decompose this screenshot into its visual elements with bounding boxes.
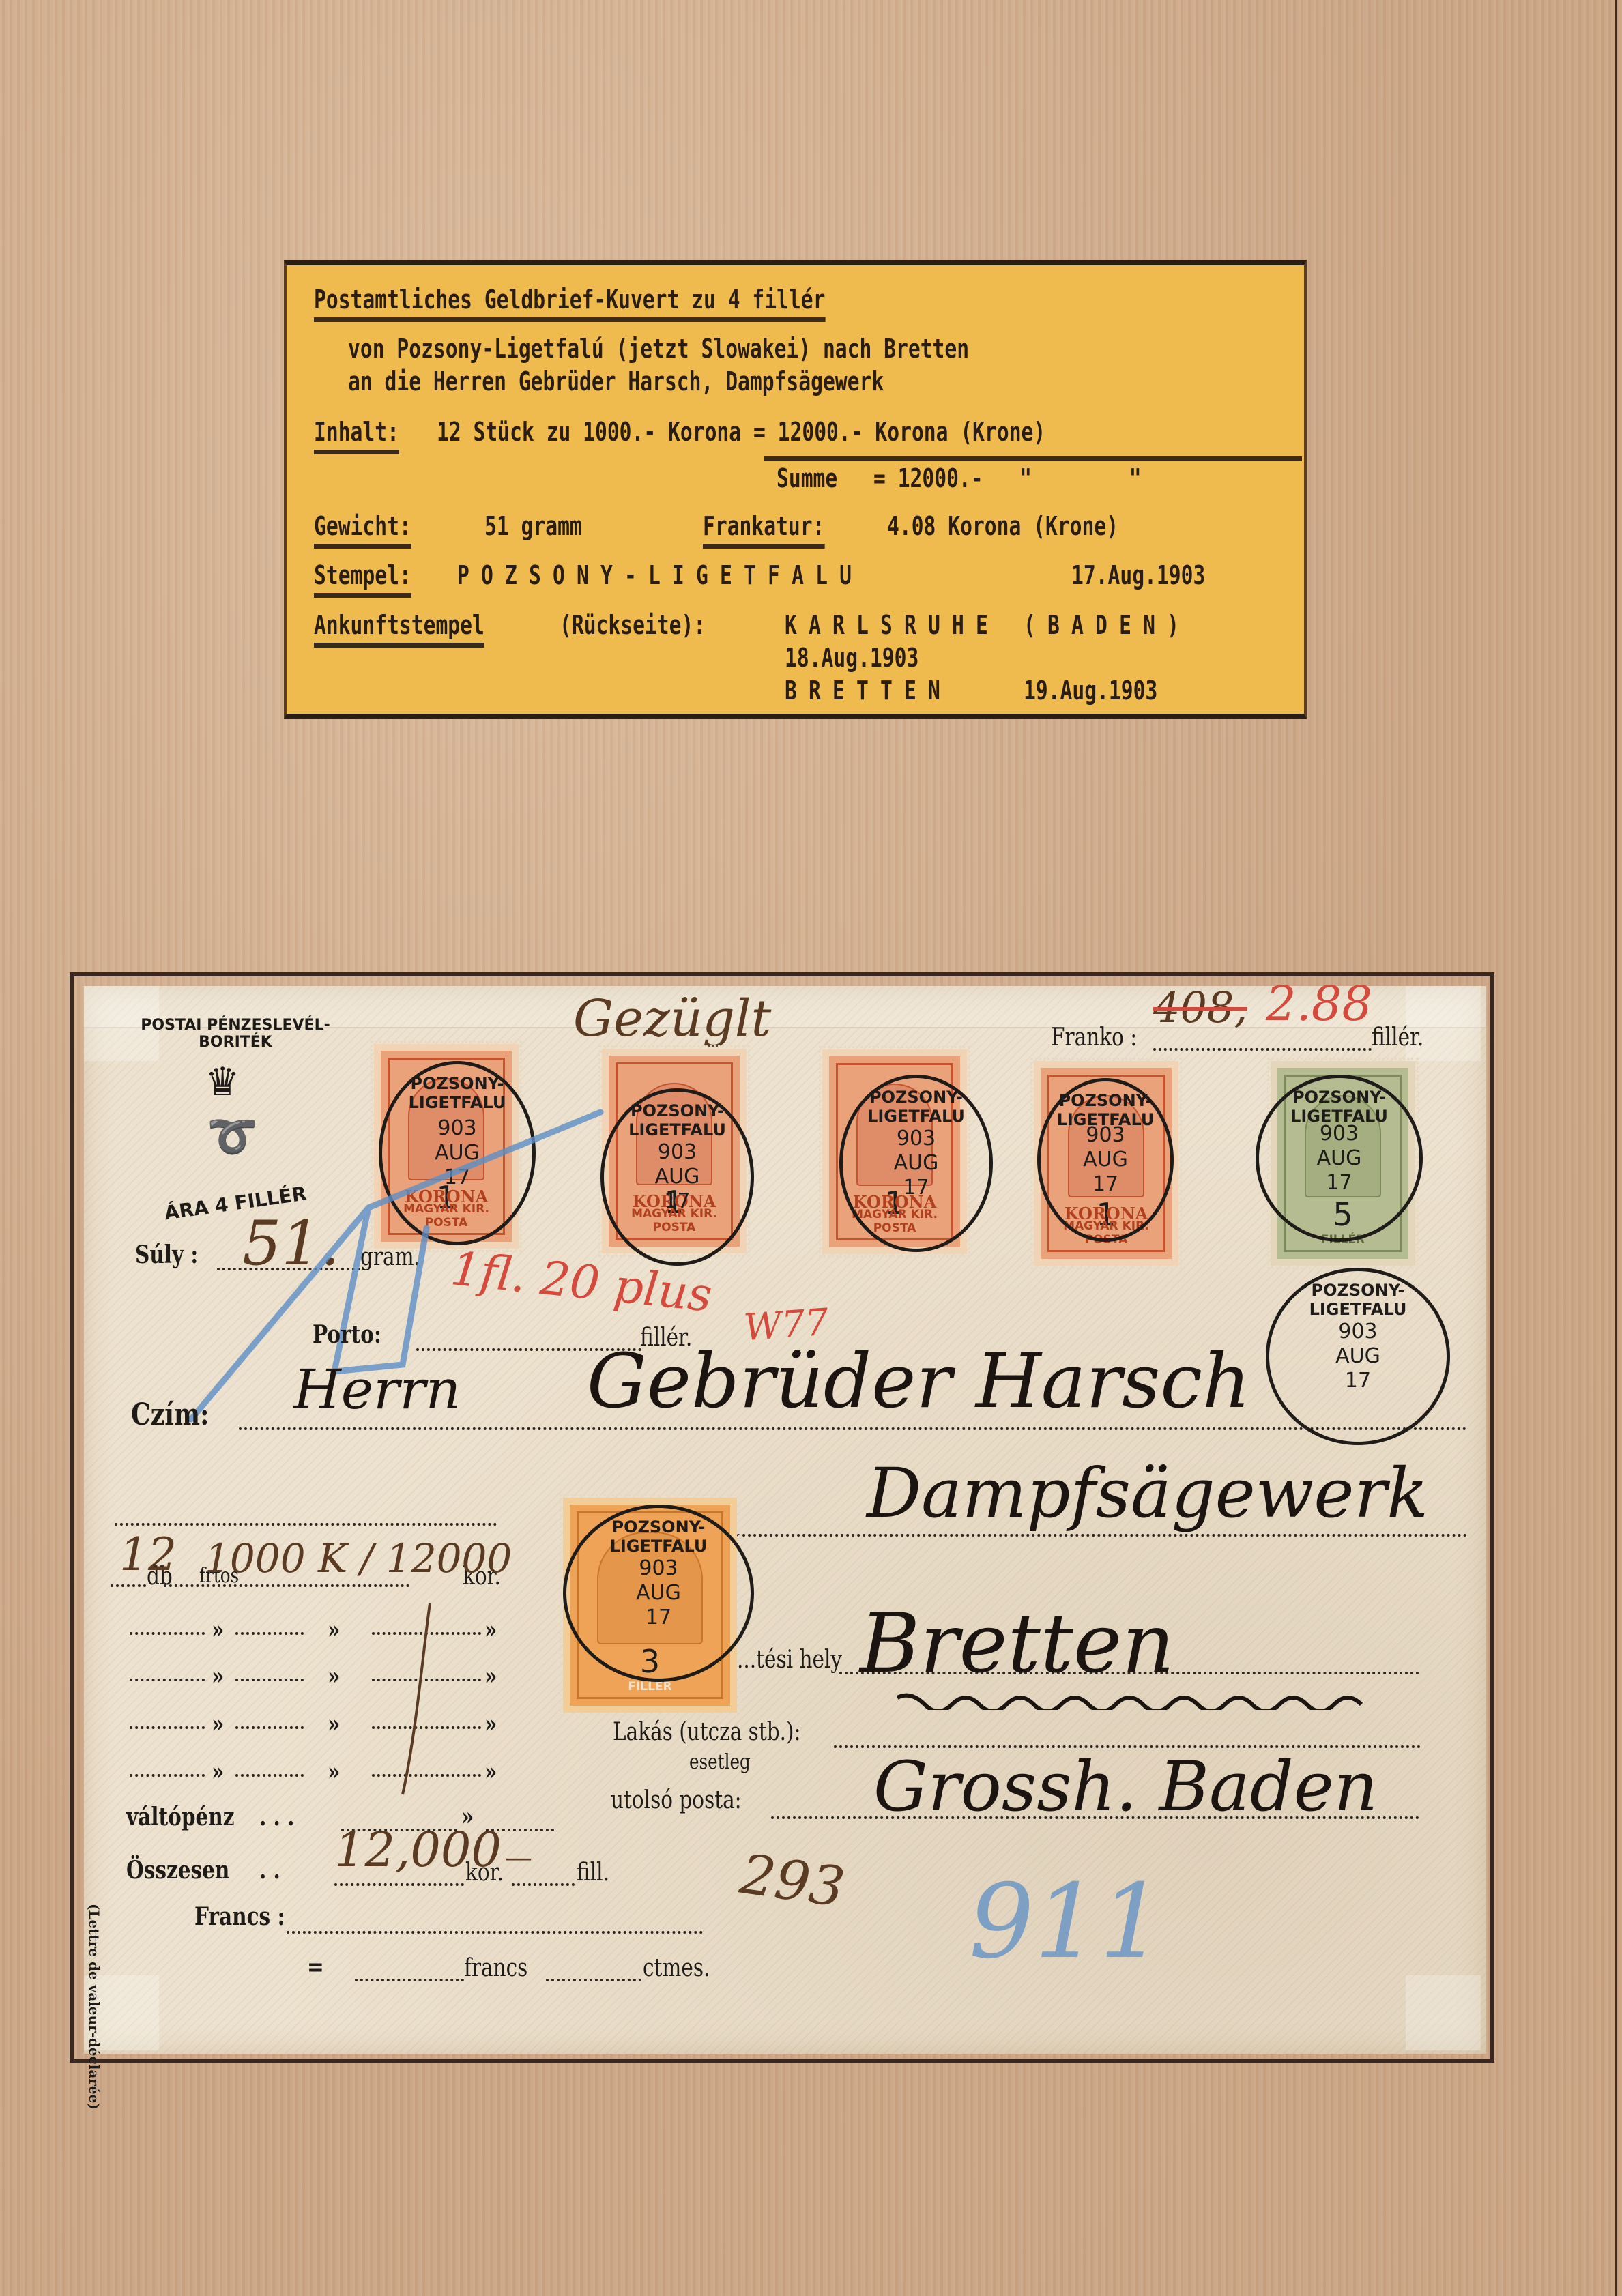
handwritten-business: Dampfsägewerk [867,1453,1428,1533]
label-sum-value: = 12000.- " " [873,463,1142,493]
crown-icon: ♛ [208,1051,237,1107]
side-vertical-text: (Lettre de valeur-déclarée) [86,1904,102,2110]
city-underline-flourish [897,1691,1375,1710]
cachet-top-text: POSTAI PÉNZESLEVÉL-BORITÉK [126,1017,345,1051]
corner-mount-bottom-right [1406,1975,1481,2050]
handwritten-salutation: Herrn [293,1358,461,1421]
cancel-date: 903 AUG 17 [1259,1122,1419,1195]
label-arrival-date1: 18.Aug.1903 [785,643,918,673]
possibly-label: esetleg [689,1750,751,1774]
cancel-date: 903 AUG 17 [604,1140,751,1214]
label-contents-key: Inhalt: [314,417,399,454]
label-postmark-place: POZSONY-LIGETFALU [457,560,863,590]
postmark-cancel: POZSONY-LIGETFALU 903 AUG 17 [1256,1075,1423,1242]
contents-underline [764,456,1302,461]
franko-dotted-line [1153,1048,1372,1051]
handwritten-total-fill: — [505,1842,532,1874]
cancel-date: 903 AUG 17 [1269,1320,1447,1393]
francs-label: Francs : [194,1902,285,1931]
francs-unit: francs [464,1954,527,1982]
francs-equals: = [307,1953,324,1981]
label-route-line2: an die Herren Gebrüder Harsch, Dampfsäge… [348,366,884,396]
handwritten-count: 12 [119,1528,177,1581]
handwritten-total: 12,000 [334,1822,502,1878]
postmark-tie-cancel: POZSONY-LIGETFALU 903 AUG 17 [1266,1268,1450,1445]
label-arrival-date2: 19.Aug.1903 [1024,675,1157,706]
label-franking-value: 4.08 Korona (Krone) [887,511,1118,541]
francs-amount-dotted-line [355,1979,464,1981]
total-dots: . . [259,1856,280,1885]
total-label: Összesen [126,1856,229,1885]
francs-dotted-line [287,1931,703,1934]
franko-corrected-amount: 2.88 [1266,976,1372,1032]
label-postmark-date: 17.Aug.1903 [1071,560,1205,590]
label-arrival-key: Ankunftstempel [314,610,484,648]
change-label: váltópénz [126,1803,234,1831]
description-label: Postamtliches Geldbrief-Kuvert zu 4 fill… [284,260,1307,719]
postmark-cancel: POZSONY-LIGETFALU 903 AUG 17 [600,1088,754,1266]
total-fill-dotted-line [512,1883,575,1886]
label-postmark-key: Stempel: [314,560,411,598]
total-dotted-line [334,1883,464,1886]
label-sum-key: Summe [777,463,837,493]
franko-struck-amount: 408, [1153,983,1247,1032]
ctmes-dotted-line [546,1979,641,1981]
label-arrival-place2: BRETTEN [785,675,952,706]
handwritten-region: Grossh. Baden [873,1747,1378,1827]
change-dots: . . . [259,1803,294,1831]
label-weight-value: 51 gramm [484,511,582,541]
postmark-cancel: POZSONY-LIGETFALU 903 AUG 17 [1037,1078,1174,1242]
count-dotted [111,1584,146,1587]
cancel-date: 903 AUG 17 [1041,1123,1170,1197]
cancel-date: 903 AUG 17 [566,1556,751,1630]
label-route-line1: von Pozsony-Ligetfalú (jetzt Slowakei) n… [348,334,969,364]
franko-label: Franko : [1051,1023,1137,1051]
destination-label: ...tési hely [737,1646,842,1674]
porto-label: Porto: [313,1320,381,1349]
label-arrival-side: (Rückseite): [560,610,706,640]
label-contents-value: 12 Stück zu 1000.- Korona = 12000.- Koro… [437,417,1045,447]
handwritten-ditto-stroke [382,1597,464,1801]
franko-unit: fillér. [1372,1023,1423,1051]
last-post-label: utolsó posta: [611,1786,742,1814]
centimes-unit: ctmes. [643,1954,710,1982]
postmark-cancel: POZSONY-LIGETFALU 903 AUG 17 [563,1505,754,1682]
label-arrival-place1: KARLSRUHE (BADEN) [785,610,1191,640]
address-dotted-line-2 [682,1534,1467,1537]
handwritten-count-value: 1000 K / 12000 [205,1535,512,1582]
label-franking-key: Frankatur: [703,511,824,549]
handwritten-city: Bretten [860,1597,1174,1691]
handwritten-top-note: Gezüglt [573,989,771,1048]
address-dotted-line-1 [239,1427,1467,1430]
blue-crayon-number: 911 [969,1863,1164,1981]
postmark-cancel: POZSONY-LIGETFALU 903 AUG 17 [839,1075,993,1252]
label-weight-key: Gewicht: [314,511,411,549]
residence-label: Lakás (utcza stb.): [613,1718,800,1746]
cancel-date: 903 AUG 17 [843,1127,989,1200]
total-fill-unit: fill. [577,1859,609,1887]
contents-dotted-line-top [115,1523,497,1526]
label-title: Postamtliches Geldbrief-Kuvert zu 4 fill… [314,285,825,322]
handwritten-addressee-name: Gebrüder Harsch [587,1337,1251,1425]
address-label: Czím: [131,1397,209,1432]
album-page-border-line [1615,0,1617,2296]
